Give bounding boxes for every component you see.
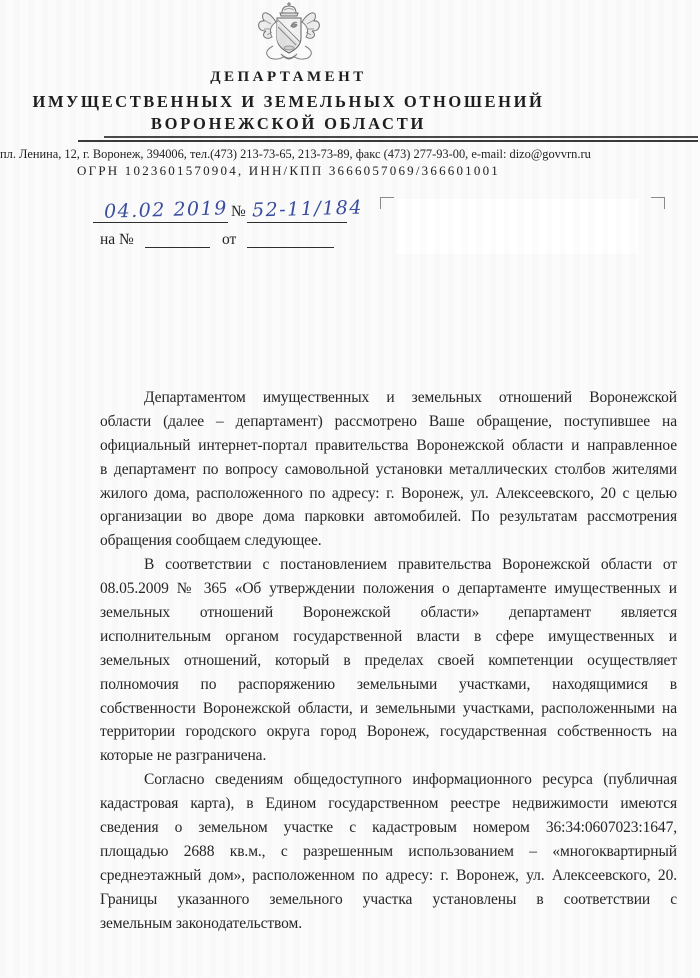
- addressee-corner-left-icon: [380, 197, 394, 209]
- body-line: которые не разграничена.: [100, 744, 677, 768]
- letterhead-divider: [78, 136, 698, 142]
- paragraph-2: В соответствии с постановлением правител…: [100, 553, 677, 768]
- scanned-letter-page: ДЕПАРТАМЕНТ ИМУЩЕСТВЕННЫХ И ЗЕМЕЛЬНЫХ ОТ…: [0, 0, 700, 978]
- body-line: организации во дворе дома парковки автом…: [100, 505, 677, 529]
- body-line: Границы указанного земельного участка ус…: [100, 888, 677, 912]
- number-underline: [247, 222, 347, 223]
- body-line: 08.05.2009 № 365 «Об утверждении положен…: [100, 577, 677, 601]
- body-line: земельных отношений, который в пределах …: [100, 649, 677, 673]
- body-line: В соответствии с постановлением правител…: [100, 553, 677, 577]
- body-line: Департаментом имущественных и земельных …: [100, 386, 677, 410]
- body-line: площадью 2688 кв.м., с разрешенным испол…: [100, 840, 677, 864]
- paragraph-1: Департаментом имущественных и земельных …: [100, 386, 677, 553]
- coat-of-arms-emblem: [0, 2, 577, 67]
- body-line: жилого дома, расположенного по адресу: г…: [100, 482, 677, 506]
- redacted-addressee-block: [396, 199, 638, 254]
- body-line: среднеэтажный дом», расположенном по адр…: [100, 864, 677, 888]
- body-line: территории городского округа город Ворон…: [100, 720, 677, 744]
- letter-body: Департаментом имущественных и земельных …: [100, 386, 677, 935]
- body-line: области (далее – департамент) рассмотрен…: [100, 410, 677, 434]
- body-line: обращения сообщаем следующее.: [100, 529, 677, 553]
- body-line: собственности Воронежской области, и зем…: [100, 697, 677, 721]
- body-line: кадастровая карта), в Едином государстве…: [100, 792, 677, 816]
- org-name-line1: ДЕПАРТАМЕНТ: [0, 69, 577, 86]
- org-registration-line: ОГРН 1023601570904, ИНН/КПП 3666057069/3…: [0, 163, 577, 179]
- reply-date-underline: [247, 247, 334, 248]
- body-line: в департамент по вопросу самовольной уст…: [100, 458, 677, 482]
- body-line: сведения о земельном участке с кадастров…: [100, 816, 677, 840]
- reply-from-label: от: [222, 231, 236, 249]
- body-line: Согласно сведениям общедоступного информ…: [100, 768, 677, 792]
- addressee-corner-right-icon: [651, 197, 665, 209]
- body-line: исполнительным органом государственной в…: [100, 625, 677, 649]
- org-name-line3: ВОРОНЕЖСКОЙ ОБЛАСТИ: [0, 114, 577, 134]
- number-sign: №: [231, 203, 246, 221]
- body-line: официальный интернет-портал правительств…: [100, 434, 677, 458]
- handwritten-number: 52-11/184: [252, 196, 364, 221]
- divider-top-line: [104, 136, 698, 138]
- reply-number-underline: [145, 247, 210, 248]
- coat-of-arms-icon: [254, 2, 324, 62]
- body-line: земельным законодательством.: [100, 912, 677, 936]
- paragraph-3: Согласно сведениям общедоступного информ…: [100, 768, 677, 935]
- body-line: полномочия по распоряжению земельными уч…: [100, 673, 677, 697]
- org-name-line2: ИМУЩЕСТВЕННЫХ И ЗЕМЕЛЬНЫХ ОТНОШЕНИЙ: [0, 92, 577, 112]
- handwritten-date: 04.02 2019: [104, 197, 228, 222]
- divider-bottom-line: [78, 140, 698, 142]
- reply-prefix-label: на №: [100, 231, 134, 249]
- body-line: земельных отношений Воронежской области»…: [100, 601, 677, 625]
- org-address-line: пл. Ленина, 12, г. Воронеж, 394006, тел.…: [0, 147, 577, 162]
